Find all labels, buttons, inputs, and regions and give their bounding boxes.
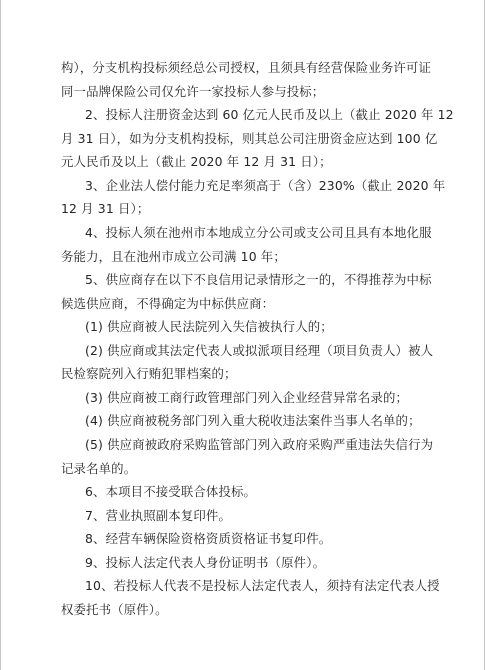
requirement-4: 4、投标人须在池州市本地成立分公司或支公司且具有本地化服 [61,221,429,245]
text-line: 民检察院列入行贿犯罪档案的； [61,362,429,386]
requirement-9: 9、投标人法定代表人身份证明书（原件）。 [61,551,429,575]
requirement-2: 2、投标人注册资金达到 60 亿元人民币及以上（截止 2020 年 12 [61,103,429,127]
sub-item-3: (3) 供应商被工商行政管理部门列入企业经营异常名录的； [61,386,429,410]
requirement-5: 5、供应商存在以下不良信用记录情形之一的，不得推荐为中标 [61,268,429,292]
text-line: 候选供应商，不得确定为中标供应商： [61,292,429,316]
requirement-8: 8、经营车辆保险资格资质资格证书复印件。 [61,527,429,551]
requirement-3: 3、企业法人偿付能力充足率须高于（含）230%（截止 2020 年 [61,174,429,198]
requirement-7: 7、营业执照副本复印件。 [61,504,429,528]
text-line: 月 31 日），如为分支机构投标，则其总公司注册资金应达到 100 亿 [61,127,429,151]
requirement-6: 6、本项目不接受联合体投标。 [61,480,429,504]
text-line: 同一品牌保险公司仅允许一家投标人参与投标； [61,80,429,104]
document-body: 构），分支机构投标须经总公司授权，且须具有经营保险业务许可证 同一品牌保险公司仅… [61,56,429,622]
text-line: 元人民币及以上（截止 2020 年 12 月 31 日）； [61,150,429,174]
sub-item-1: (1) 供应商被人民法院列入失信被执行人的； [61,315,429,339]
sub-item-4: (4) 供应商被税务部门列入重大税收违法案件当事人名单的； [61,409,429,433]
text-line: 务能力，且在池州市成立公司满 10 年； [61,245,429,269]
requirement-10: 10、若投标人代表不是投标人法定代表人，须持有法定代表人授 [61,574,429,598]
sub-item-5: (5) 供应商被政府采购监管部门列入政府采购严重违法失信行为 [61,433,429,457]
text-line: 12 月 31 日）； [61,197,429,221]
text-line: 构），分支机构投标须经总公司授权，且须具有经营保险业务许可证 [61,56,429,80]
text-line: 记录名单的。 [61,457,429,481]
sub-item-2: (2) 供应商或其法定代表人或拟派项目经理（项目负责人）被人 [61,339,429,363]
document-page: 构），分支机构投标须经总公司授权，且须具有经营保险业务许可证 同一品牌保险公司仅… [0,0,485,670]
text-line: 权委托书（原件）。 [61,598,429,622]
